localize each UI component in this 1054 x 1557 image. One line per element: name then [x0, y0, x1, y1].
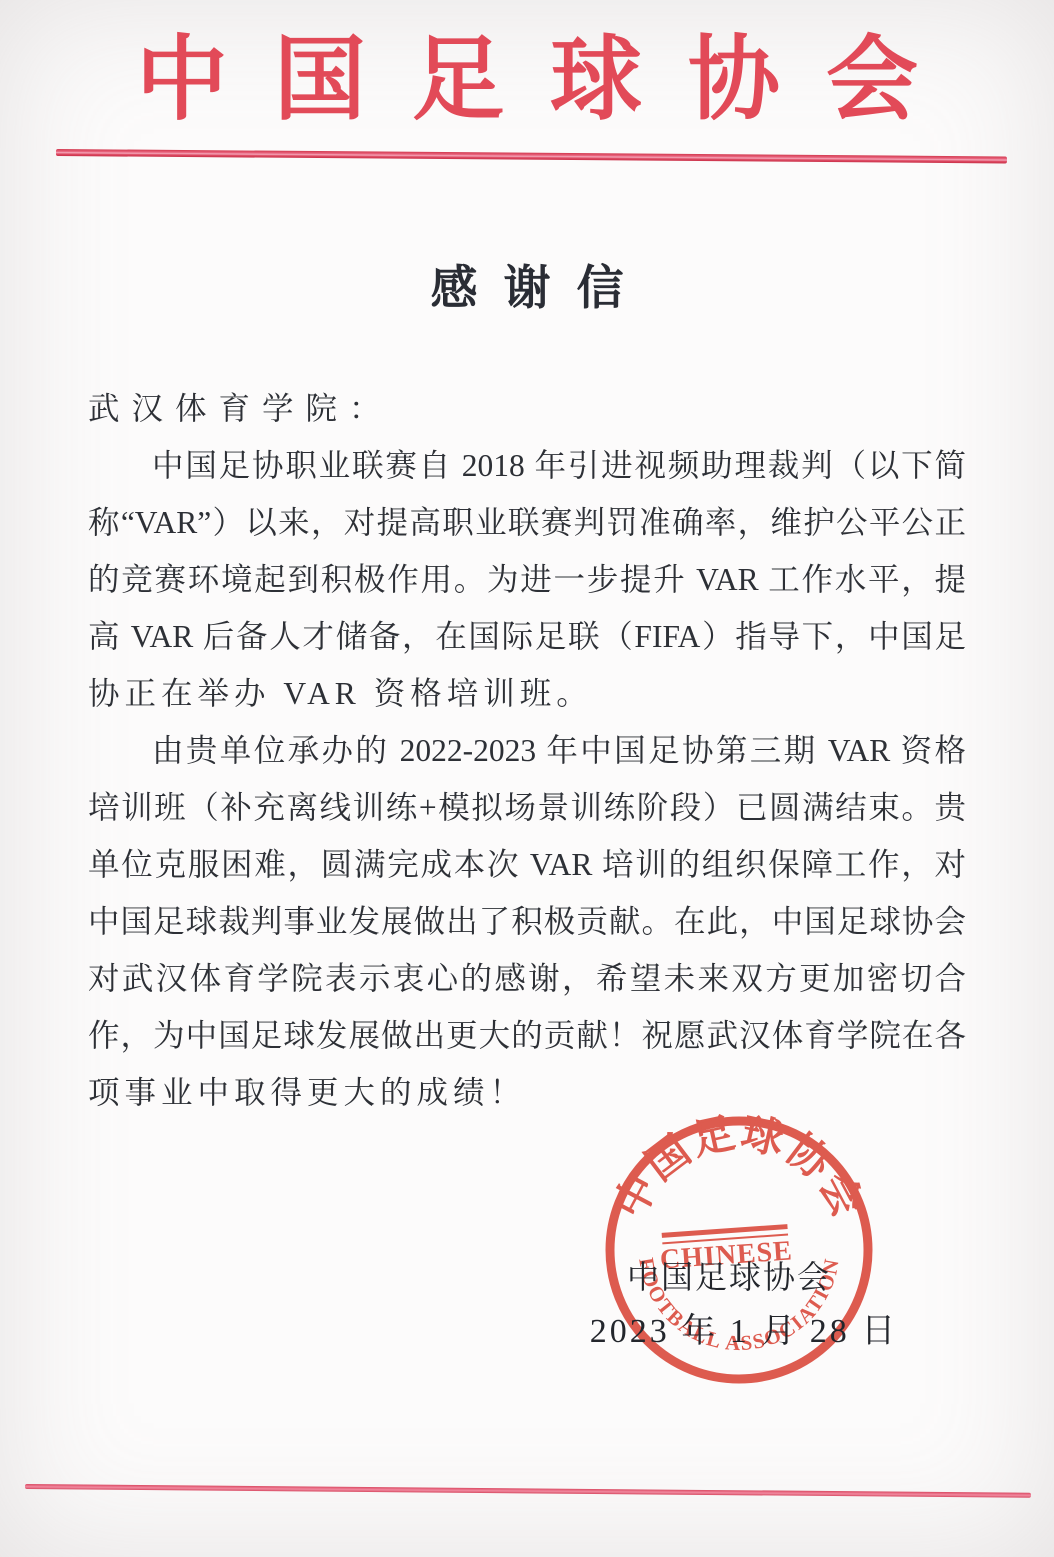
salutation-line: 武汉体育学院：: [88, 380, 966, 437]
body-line: 由贵单位承办的 2022-2023 年中国足协第三期 VAR 资格: [88, 722, 966, 779]
body-line: 中国足球裁判事业发展做出了积极贡献。在此，中国足球协会: [88, 893, 966, 950]
signature-org-name: 中国足球协会: [579, 1252, 879, 1298]
body-line: 作，为中国足球发展做出更大的贡献！祝愿武汉体育学院在各: [88, 1007, 966, 1064]
signature-date: 2023 年 1 月 28 日: [579, 1303, 909, 1352]
svg-text:中国足球协会: 中国足球协会: [606, 1110, 872, 1227]
body-line: 协正在举办 VAR 资格培训班。: [88, 665, 966, 722]
seal-arc-top-text: 中国足球协会: [606, 1110, 872, 1227]
footer-rule: [25, 1484, 1031, 1498]
body-line: 单位克服困难，圆满完成本次 VAR 培训的组织保障工作，对: [88, 836, 966, 893]
body-line: 培训班（补充离线训练+模拟场景训练阶段）已圆满结束。贵: [88, 779, 966, 836]
body-line: 高 VAR 后备人才储备，在国际足联（FIFA）指导下，中国足: [88, 608, 966, 665]
body-line: 的竞赛环境起到积极作用。为进一步提升 VAR 工作水平，提: [88, 551, 966, 608]
letterhead-org-name: 中国足球协会: [0, 30, 1054, 130]
letter-body: 武汉体育学院： 中国足协职业联赛自 2018 年引进视频助理裁判（以下简 称“V…: [88, 380, 966, 1121]
body-line: 对武汉体育学院表示衷心的感谢，希望未来双方更加密切合: [88, 950, 966, 1007]
letter-title: 感谢信: [0, 262, 1054, 316]
letter-page: 中国足球协会 感谢信 武汉体育学院： 中国足协职业联赛自 2018 年引进视频助…: [0, 0, 1054, 1557]
letterhead-rule: [56, 149, 1007, 163]
body-line: 称“VAR”）以来，对提高职业联赛判罚准确率，维护公平公正: [88, 494, 966, 551]
body-line: 中国足协职业联赛自 2018 年引进视频助理裁判（以下简: [88, 437, 966, 494]
